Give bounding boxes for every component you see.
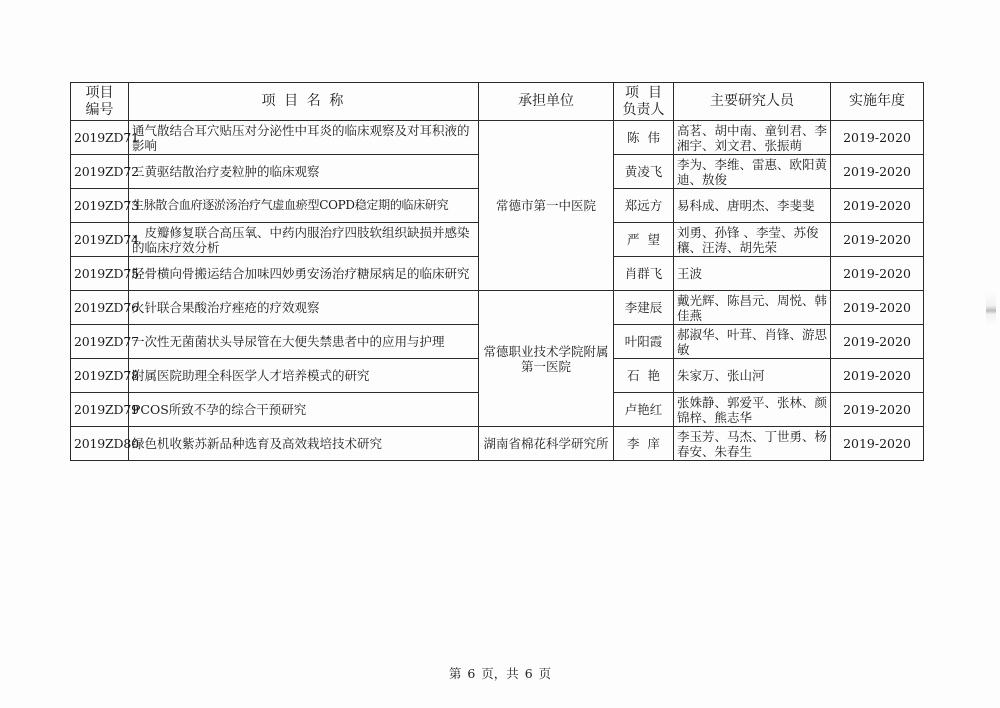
researchers: 李玉芳、马杰、丁世勇、杨春安、朱春生 [674,427,831,461]
project-name: 绿色机收紫苏新品种选育及高效栽培技术研究 [129,427,479,461]
year: 2019-2020 [831,189,924,223]
project-id: 2019ZD74 [71,223,129,257]
header-implementation-year: 实施年度 [831,83,924,121]
project-id: 2019ZD72 [71,155,129,189]
project-name: 一次性无菌菌状头导尿管在大便失禁患者中的应用与护理 [129,325,479,359]
project-id: 2019ZD76 [71,291,129,325]
project-lead: 郑远方 [614,189,674,223]
researchers: 高茗、胡中南、童钊君、李湘宇、刘文君、张振萌 [674,121,831,155]
table-row: 2019ZD76 火针联合果酸治疗痤疮的疗效观察 常德职业技术学院附属第一医院 … [71,291,924,325]
project-name: 生脉散合血府逐淤汤治疗气虚血瘀型COPD稳定期的临床研究 [129,189,479,223]
project-id: 2019ZD78 [71,359,129,393]
project-id: 2019ZD77 [71,325,129,359]
project-name: 胫骨横向骨搬运结合加味四妙勇安汤治疗糖尿病足的临床研究 [129,257,479,291]
project-lead: 肖群飞 [614,257,674,291]
project-id: 2019ZD80 [71,427,129,461]
unit-cell: 常德职业技术学院附属第一医院 [479,291,614,427]
project-lead: 李 庠 [614,427,674,461]
researchers: 易科成、唐明杰、李斐斐 [674,189,831,223]
project-lead: 黄凌飞 [614,155,674,189]
table-header-row: 项目 编号 项 目 名 称 承担单位 项 目 负责人 主要研究人员 实施年度 [71,83,924,121]
researchers: 王波 [674,257,831,291]
unit-cell: 湖南省棉花科学研究所 [479,427,614,461]
document-page: 项目 编号 项 目 名 称 承担单位 项 目 负责人 主要研究人员 实施年度 2… [0,0,1000,708]
project-name: PCOS所致不孕的综合干预研究 [129,393,479,427]
header-project-name: 项 目 名 称 [129,83,479,121]
year: 2019-2020 [831,325,924,359]
header-main-researchers: 主要研究人员 [674,83,831,121]
year: 2019-2020 [831,223,924,257]
page-number-footer: 第 6 页，共 6 页 [0,664,1000,682]
project-lead: 卢艳红 [614,393,674,427]
project-lead: 李建辰 [614,291,674,325]
project-lead: 严 望 [614,223,674,257]
project-name: 附属医院助理全科医学人才培养模式的研究 [129,359,479,393]
header-unit: 承担单位 [479,83,614,121]
project-table: 项目 编号 项 目 名 称 承担单位 项 目 负责人 主要研究人员 实施年度 2… [70,82,924,461]
table-row: 2019ZD80 绿色机收紫苏新品种选育及高效栽培技术研究 湖南省棉花科学研究所… [71,427,924,461]
researchers: 张姝静、郭爱平、张林、颜锦梓、熊志华 [674,393,831,427]
project-lead: 石 艳 [614,359,674,393]
researchers: 李为、李维、雷惠、欧阳黄迪、敖俊 [674,155,831,189]
header-project-lead: 项 目 负责人 [614,83,674,121]
project-id: 2019ZD75 [71,257,129,291]
researchers: 刘勇、孙锋 、李莹、苏俊穰、汪涛、胡先荣 [674,223,831,257]
project-id: 2019ZD79 [71,393,129,427]
project-id: 2019ZD71 [71,121,129,155]
project-name: 火针联合果酸治疗痤疮的疗效观察 [129,291,479,325]
researchers: 郝淑华、叶茸、肖锋、游思敏 [674,325,831,359]
table-row: 2019ZD71 通气散结合耳穴贴压对分泌性中耳炎的临床观察及对耳积液的影响 常… [71,121,924,155]
project-name: 通气散结合耳穴贴压对分泌性中耳炎的临床观察及对耳积液的影响 [129,121,479,155]
year: 2019-2020 [831,257,924,291]
researchers: 朱家万、张山河 [674,359,831,393]
project-lead: 陈 伟 [614,121,674,155]
year: 2019-2020 [831,427,924,461]
unit-cell: 常德市第一中医院 [479,121,614,291]
year: 2019-2020 [831,393,924,427]
year: 2019-2020 [831,155,924,189]
year: 2019-2020 [831,121,924,155]
header-project-id: 项目 编号 [71,83,129,121]
year: 2019-2020 [831,291,924,325]
project-id: 2019ZD73 [71,189,129,223]
project-name: 、皮瓣修复联合高压氧、中药内服治疗四肢软组织缺损并感染的临床疗效分析 [129,223,479,257]
year: 2019-2020 [831,359,924,393]
project-lead: 叶阳霞 [614,325,674,359]
project-name: 三黄驱结散治疗麦粒肿的临床观察 [129,155,479,189]
scan-artifact [986,292,996,326]
researchers: 戴光辉、陈昌元、周悦、韩佳燕 [674,291,831,325]
